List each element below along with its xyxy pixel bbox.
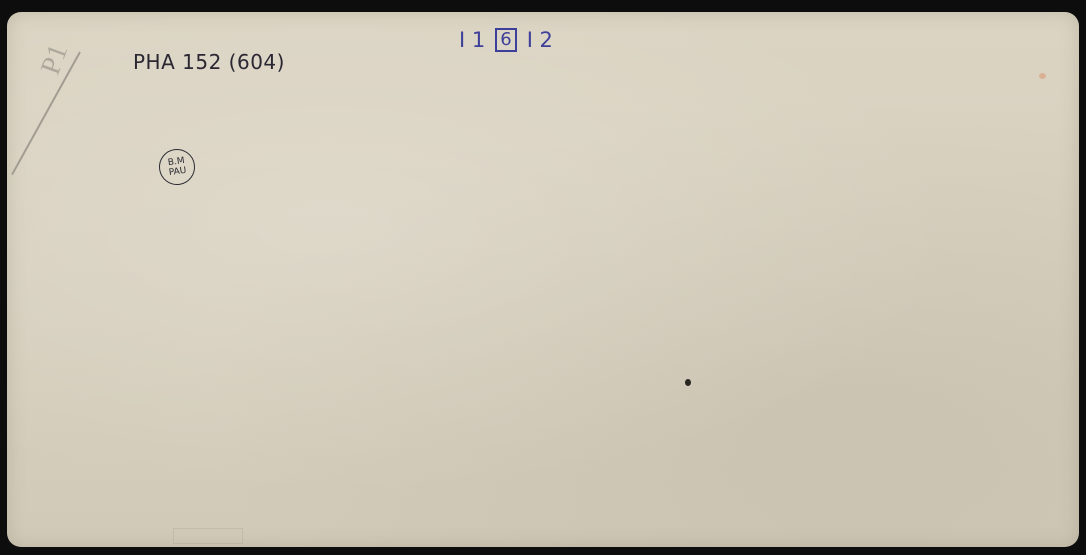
faint-embossed-mark xyxy=(173,528,243,544)
blue-shelf-codes: I 1 6 I 2 xyxy=(459,28,553,52)
code-right: I 2 xyxy=(527,28,553,52)
code-left: I 1 xyxy=(459,28,485,52)
catalog-reference: PHA 152 (604) xyxy=(133,50,285,74)
library-stamp: B.M PAU xyxy=(157,147,198,188)
code-boxed: 6 xyxy=(495,28,516,52)
ink-blot xyxy=(685,379,691,386)
stain-spot xyxy=(1039,73,1046,79)
card-back: P1 PHA 152 (604) I 1 6 I 2 B.M PAU xyxy=(7,12,1079,547)
